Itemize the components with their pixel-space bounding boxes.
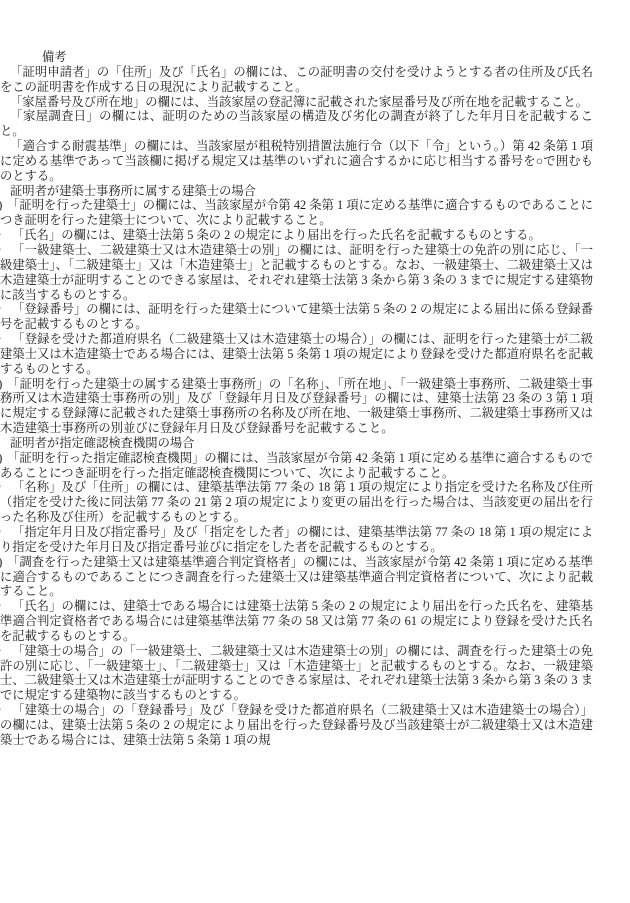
list-item: ①「名称」及び「住所」の欄には、建築基準法第 77 条の 18 第 1 項の規定… [0,480,593,525]
item-text: 「証明を行った建築士の属する建築士事務所」の「名称」、「所在地」、「一級建築士事… [0,377,593,436]
item-text: 「一級建築士、二級建築士又は木造建築士の別」の欄には、証明を行った建築士の免許の… [0,243,593,302]
list-item: 4「適合する耐震基準」の欄には、当該家屋が租税特別措置法施行令（以下「令」という… [0,139,593,184]
item-marker: 4 [0,139,10,154]
item-marker: ③ [0,703,12,718]
item-marker: (2) [0,555,7,570]
item-text: 「適合する耐震基準」の欄には、当該家屋が租税特別措置法施行令（以下「令」という。… [0,139,593,183]
item-marker: ④ [0,332,12,347]
item-text: 「家屋番号及び所在地」の欄には、当該家屋の登記簿に記載された家屋番号及び所在地を… [10,95,588,109]
item-text: 証明者が建築士事務所に属する建築士の場合 [10,184,256,198]
item-text: 「指定年月日及び指定番号」及び「指定をした者」の欄には、建築基準法第 77 条の… [0,525,593,554]
list-item: (2)「証明を行った建築士の属する建築士事務所」の「名称」、「所在地」、「一級建… [0,377,593,436]
list-item: 5証明者が建築士事務所に属する建築士の場合 [0,184,593,199]
remarks-document: 備考 1「証明申請者」の「住所」及び「氏名」の欄には、この証明書の交付を受けよう… [0,0,630,903]
list-item: ②「一級建築士、二級建築士又は木造建築士の別」の欄には、証明を行った建築士の免許… [0,243,593,302]
item-marker: (2) [0,377,7,392]
item-text: 「家屋調査日」の欄には、証明のための当該家屋の構造及び劣化の調査が終了した年月日… [0,109,593,138]
list-item: 6証明者が指定確認検査機関の場合 [0,436,593,451]
item-text: 「証明申請者」の「住所」及び「氏名」の欄には、この証明書の交付を受けようとする者… [0,65,593,94]
item-text: 「氏名」の欄には、建築士法第 5 条の 2 の規定により届出を行った氏名を記載す… [12,228,541,242]
item-marker: (1) [0,451,7,466]
item-marker: ① [0,228,12,243]
item-marker: ② [0,644,12,659]
item-marker: (1) [0,198,7,213]
list-item: ③「登録番号」の欄には、証明を行った建築士について建築士法第 5 条の 2 の規… [0,302,593,332]
item-list: 1「証明申請者」の「住所」及び「氏名」の欄には、この証明書の交付を受けようとする… [0,65,593,748]
list-item: 2「家屋番号及び所在地」の欄には、当該家屋の登記簿に記載された家屋番号及び所在地… [0,95,593,110]
item-marker: ③ [0,302,12,317]
item-text: 「証明を行った指定確認検査機関」の欄には、当該家屋が令第 42 条第 1 項に定… [0,451,593,480]
list-item: ②「建築士の場合」の「一級建築士、二級建築士又は木造建築士の別」の欄には、調査を… [0,644,593,703]
item-text: 「登録を受けた都道府県名（二級建築士又は木造建築士の場合）」の欄には、証明を行っ… [0,332,593,376]
item-text: 「証明を行った建築士」の欄には、当該家屋が令第 42 条第 1 項に定める基準に… [0,198,593,227]
item-marker: 5 [0,184,10,199]
list-item: ①「氏名」の欄には、建築士法第 5 条の 2 の規定により届出を行った氏名を記載… [0,228,593,243]
list-item: ③「建築士の場合」の「登録番号」及び「登録を受けた都道府県名（二級建築士又は木造… [0,703,593,748]
item-text: 「建築士の場合」の「登録番号」及び「登録を受けた都道府県名（二級建築士又は木造建… [0,703,593,747]
item-text: 「調査を行った建築士又は建築基準適合判定資格者」の欄には、当該家屋が令第 42 … [0,555,593,599]
item-marker: ② [0,243,12,258]
document-heading: 備考 [42,50,593,65]
list-item: (1)「証明を行った建築士」の欄には、当該家屋が令第 42 条第 1 項に定める… [0,198,593,228]
item-marker: ① [0,480,12,495]
list-item: 1「証明申請者」の「住所」及び「氏名」の欄には、この証明書の交付を受けようとする… [0,65,593,95]
item-text: 証明者が指定確認検査機関の場合 [10,436,194,450]
list-item: (2)「調査を行った建築士又は建築基準適合判定資格者」の欄には、当該家屋が令第 … [0,555,593,600]
list-item: ④「登録を受けた都道府県名（二級建築士又は木造建築士の場合）」の欄には、証明を行… [0,332,593,377]
item-marker: ② [0,525,12,540]
item-text: 「名称」及び「住所」の欄には、建築基準法第 77 条の 18 第 1 項の規定に… [0,480,593,524]
item-marker: 6 [0,436,10,451]
list-item: 3「家屋調査日」の欄には、証明のための当該家屋の構造及び劣化の調査が終了した年月… [0,109,593,139]
item-text: 「氏名」の欄には、建築士である場合には建築士法第 5 条の 2 の規定により届出… [0,599,593,643]
item-marker: 1 [0,65,10,80]
item-marker: ① [0,599,12,614]
list-item: (1)「証明を行った指定確認検査機関」の欄には、当該家屋が令第 42 条第 1 … [0,451,593,481]
list-item: ②「指定年月日及び指定番号」及び「指定をした者」の欄には、建築基準法第 77 条… [0,525,593,555]
item-marker: 3 [0,109,10,124]
list-item: ①「氏名」の欄には、建築士である場合には建築士法第 5 条の 2 の規定により届… [0,599,593,644]
item-text: 「建築士の場合」の「一級建築士、二級建築士又は木造建築士の別」の欄には、調査を行… [0,644,593,703]
item-text: 「登録番号」の欄には、証明を行った建築士について建築士法第 5 条の 2 の規定… [0,302,593,331]
item-marker: 2 [0,95,10,110]
